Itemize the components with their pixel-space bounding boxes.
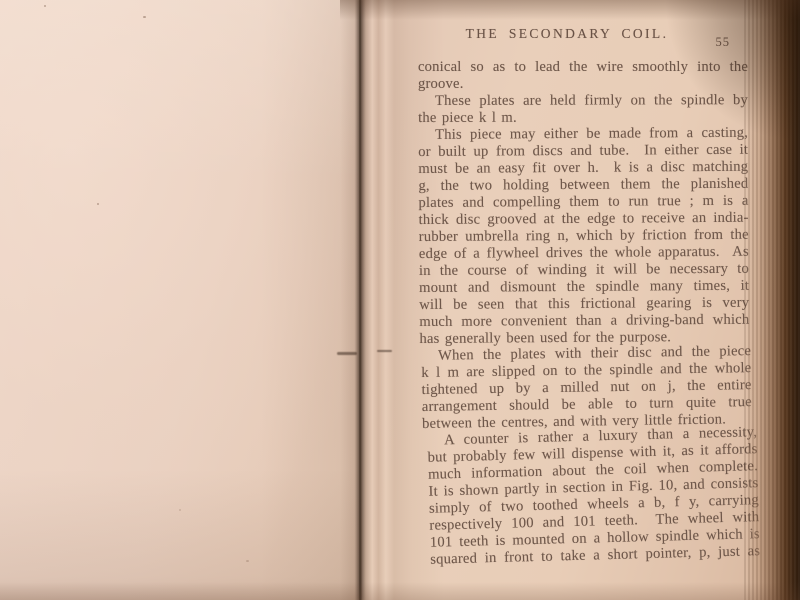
paper-speck (44, 5, 46, 7)
paragraph: conical so as to lead the wire smoothly … (418, 59, 748, 93)
text-line: groove. (418, 76, 748, 93)
text-line: conical so as to lead the wire smoothly … (418, 59, 748, 76)
text-line: much more convenient than a driving-band… (419, 312, 749, 331)
bottom-edge-shadow (0, 582, 800, 600)
paper-speck (143, 16, 146, 18)
paragraph: These plates are held firmly on the spin… (418, 92, 748, 127)
paper-speck (97, 203, 99, 205)
gutter-mark-left (337, 352, 357, 355)
gutter-crease-line (359, 0, 361, 600)
running-title: THE SECONDARY COIL. (402, 26, 732, 42)
paragraph: When the plates with their disc and the … (421, 343, 752, 433)
top-edge-shadow (340, 0, 800, 20)
page-text: conical so as to lead the wire smoothly … (418, 59, 748, 569)
page-header: THE SECONDARY COIL. 55 (418, 26, 748, 50)
paper-speck (179, 509, 181, 511)
right-text-page: THE SECONDARY COIL. 55 conical so as to … (418, 26, 748, 569)
page-stack-fore-edge (744, 0, 800, 600)
gutter-mark-right (377, 350, 392, 352)
open-book-photo: THE SECONDARY COIL. 55 conical so as to … (0, 0, 800, 600)
text-line: These plates are held firmly on the spin… (418, 92, 748, 110)
paragraph: A counter is rather a luxury than a nece… (427, 424, 760, 569)
left-blank-page (0, 0, 362, 600)
page-number: 55 (716, 35, 731, 50)
paragraph: This piece may either be made from a cas… (418, 125, 750, 348)
paper-speck (246, 560, 249, 562)
